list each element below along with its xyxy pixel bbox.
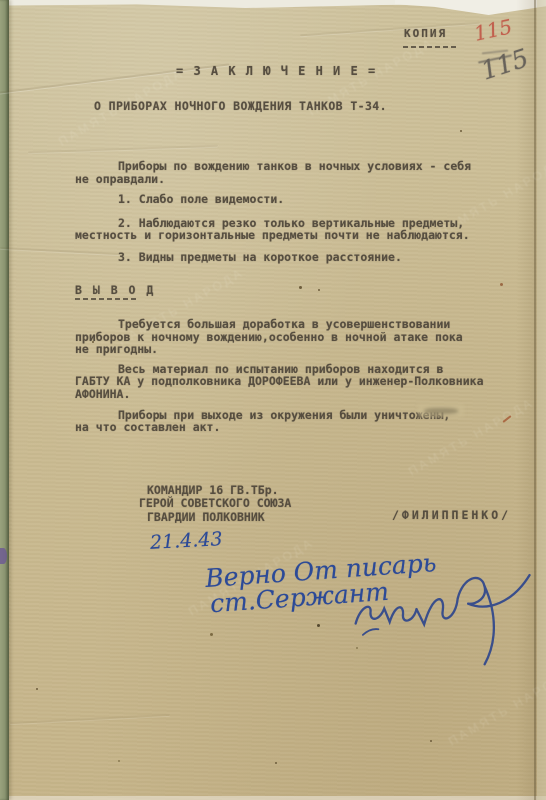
page-edge-line [534, 0, 536, 800]
paper-crease [28, 145, 218, 154]
signer-position-line: ГВАРДИИ ПОЛКОВНИК [147, 510, 265, 524]
paper-speck [460, 130, 462, 132]
document-subtitle: О ПРИБОРАХ НОЧНОГО ВОЖДЕНИЯ ТАНКОВ Т-34. [94, 99, 387, 113]
body-line: АФОНИНА. [75, 387, 130, 401]
signer-name: /ФИЛИППЕНКО/ [392, 508, 511, 522]
binding-edge [0, 0, 9, 800]
conclusion-underline [75, 298, 139, 300]
copy-stamp: КОПИЯ [404, 27, 447, 40]
paper-speck [118, 760, 120, 762]
paper-speck [275, 762, 277, 764]
body-line: Приборы по вождению танков в ночных усло… [118, 159, 471, 173]
document-page: ПАМЯТЬ НАРОДА ПАМЯТЬ НАРОДА ПАМЯТЬ НАРОД… [0, 0, 546, 800]
page-number-red: 115 [472, 14, 514, 45]
paper-speck [500, 283, 503, 286]
paper-crease [300, 22, 480, 37]
ink-blot-left-edge [0, 548, 7, 564]
handwritten-date: 21.4.43 [149, 528, 223, 554]
paper-crease [10, 714, 170, 724]
ink-smudge [424, 408, 458, 414]
paper-speck [210, 633, 213, 636]
paper-speck [430, 740, 432, 742]
body-line: не пригодны. [75, 342, 158, 356]
clerk-signature [343, 558, 546, 686]
body-line: 1. Слабо поле видемости. [118, 192, 284, 206]
signer-position-line: ГЕРОЙ СОВЕТСКОГО СОЮЗА [139, 496, 291, 510]
body-line: не оправдали. [75, 172, 165, 186]
signer-position-line: КОМАНДИР 16 ГВ.ТБр. [147, 483, 279, 497]
body-line: ГАБТУ КА у подполковника ДОРОФЕЕВА или у… [75, 374, 484, 388]
body-line: 3. Видны предметы на короткое расстояние… [118, 250, 402, 264]
copy-stamp-underline [403, 46, 459, 48]
paper-speck [36, 688, 38, 690]
scan-edge-bottom [0, 796, 546, 800]
paper-speck [318, 289, 320, 291]
body-line: Требуется большая доработка в усовершенс… [118, 317, 450, 331]
body-line: на что составлен акт. [75, 420, 220, 434]
body-line: местность и горизонтальные предметы почт… [75, 228, 470, 242]
paper-speck [317, 624, 320, 627]
conclusion-heading: В Ы В О Д [75, 283, 155, 297]
paper-speck [299, 286, 302, 289]
document-title: = З А К Л Ю Ч Е Н И Е = [176, 64, 377, 78]
paper-crease [0, 247, 120, 255]
